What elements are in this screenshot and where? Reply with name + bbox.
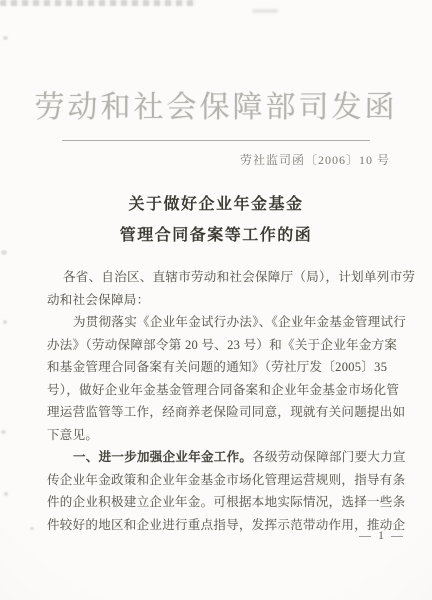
letterhead-divider	[62, 140, 370, 141]
scan-speck	[3, 36, 8, 40]
document-number: 劳社监司函〔2006〕10 号	[240, 151, 390, 168]
body-line: 办法》（劳动保障部令第 20 号、23 号）和《关于企业年金方案	[47, 334, 409, 357]
scan-speck	[4, 492, 8, 496]
letterhead-title: 劳动和社会保障部司发函	[0, 82, 432, 126]
scan-cutoff-text-artifact	[0, 0, 196, 6]
body-line: 传企业年金政策和企业年金基金市场化管理运营规则，指导有条	[47, 469, 409, 492]
document-title: 关于做好企业年金基金 管理合同备案等工作的函	[0, 189, 432, 251]
salutation-line: 动和社会保障局：	[47, 289, 409, 312]
body-line: 理运营监管等工作，经商养老保险司同意，现就有关问题提出如	[47, 401, 409, 424]
scan-smudge	[252, 9, 278, 13]
page-number: — 1 —	[359, 528, 405, 543]
body-line: 为贯彻落实《企业年金试行办法》、《企业年金基金管理试行	[47, 311, 409, 334]
body-line: 和基金管理合同备案有关问题的通知》（劳社厅发〔2005〕35	[47, 356, 409, 379]
document-title-line-2: 管理合同备案等工作的函	[0, 220, 432, 251]
document-title-line-1: 关于做好企业年金基金	[0, 189, 432, 220]
scan-speck	[3, 320, 7, 324]
body-line: 件较好的地区和企业进行重点指导，发挥示范带动作用，推动企	[47, 514, 409, 537]
scan-speck	[30, 527, 34, 530]
salutation-line: 各省、自治区、直辖市劳动和社会保障厅（局），计划单列市劳	[47, 266, 409, 289]
scanned-document-page: 劳动和社会保障部司发函 劳社监司函〔2006〕10 号 关于做好企业年金基金 管…	[0, 0, 432, 600]
scan-speck	[1, 430, 6, 434]
body-line: 号），做好企业年金基金管理合同备案和企业年金基金市场化管	[47, 379, 409, 402]
body-line: 件的企业积极建立企业年金。可根据本地实际情况，选择一些条	[47, 491, 409, 514]
body-line: 一、进一步加强企业年金工作。各级劳动保障部门要大力宣	[47, 446, 409, 469]
section-heading: 一、进一步加强企业年金工作。	[73, 450, 252, 464]
document-body: 各省、自治区、直辖市劳动和社会保障厅（局），计划单列市劳 动和社会保障局： 为贯…	[47, 266, 409, 536]
body-line: 下意见。	[47, 424, 409, 447]
body-line-text: 各级劳动保障部门要大力宣	[252, 450, 406, 464]
